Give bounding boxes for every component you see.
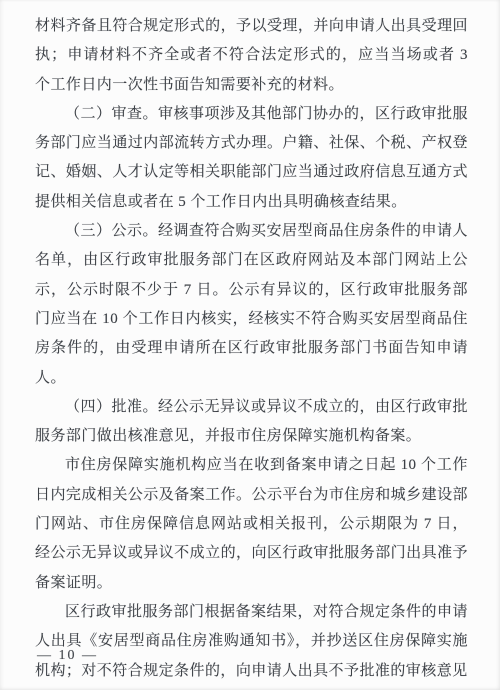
paragraph-continuation: 材料齐备且符合规定形式的，予以受理，并向申请人出具受理回执；申请材料不齐全或者不… [35, 12, 468, 100]
paragraph-notice-issuance: 区行政审批服务部门根据备案结果，对符合规定条件的申请人出具《安居型商品住房准购通… [35, 598, 468, 686]
document-body: 材料齐备且符合规定形式的，予以受理，并向申请人出具受理回执；申请材料不齐全或者不… [35, 12, 468, 686]
paragraph-section-2-review: （二）审查。审核事项涉及其他部门协办的，区行政审批服务部门应当通过内部流转方式办… [35, 100, 468, 217]
paragraph-section-3-publicity: （三）公示。经调查符合购买安居型商品住房条件的申请人名单，由区行政审批服务部门在… [35, 217, 468, 393]
paragraph-section-4-approval: （四）批准。经公示无异议或异议不成立的，由区行政审批服务部门做出核准意见，并报市… [35, 393, 468, 452]
page-number: — 10 — [37, 648, 98, 664]
document-page: 材料齐备且符合规定形式的，予以受理，并向申请人出具受理回执；申请材料不齐全或者不… [0, 0, 500, 690]
paragraph-filing-procedure: 市住房保障实施机构应当在收到备案申请之日起 10 个工作日内完成相关公示及备案工… [35, 451, 468, 597]
